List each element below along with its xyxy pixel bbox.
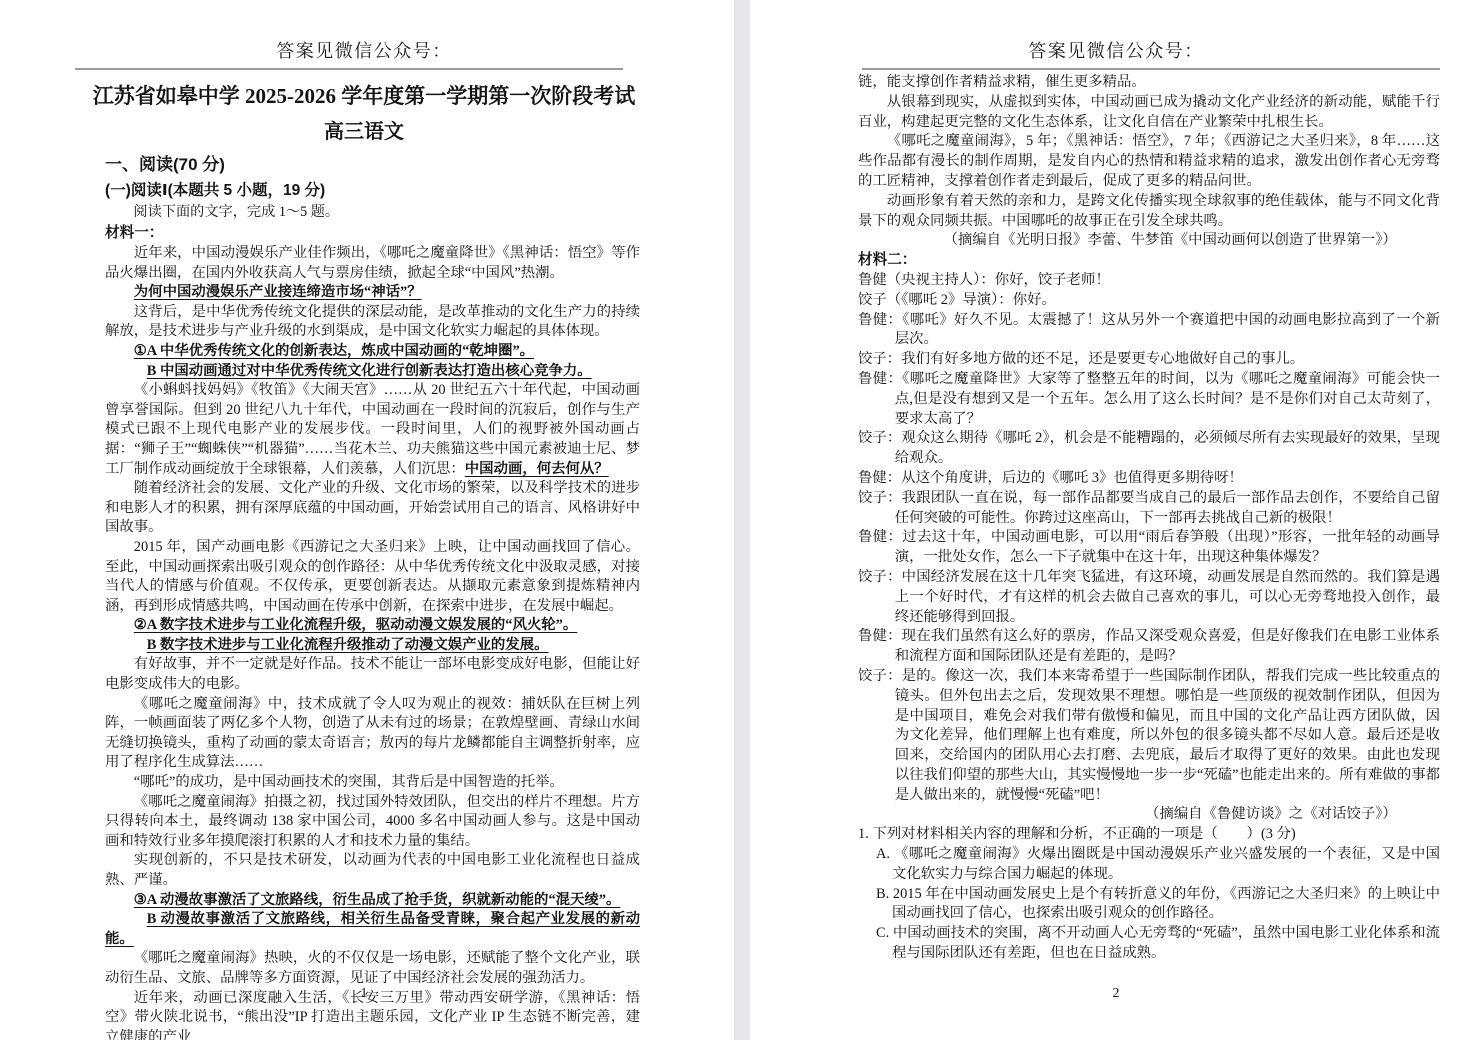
inline-underlined-question: 中国动画，何去何从？: [465, 461, 609, 477]
interpolated-option-a: ③A 动漫故事激活了文旅路线，衍生品成了抢手货，织就新动能的“混天绫”。: [105, 891, 640, 911]
source-attribution: （摘编自《光明日报》李蕾、牛梦笛《中国动画何以创造了世界第一》）: [858, 231, 1440, 251]
part-heading: (一)阅读Ⅰ(本题共 5 小题，19 分): [105, 179, 728, 202]
interpolated-question: 为何中国动漫娱乐产业接连缔造市场“神话”？: [105, 283, 640, 303]
paragraph: 《哪吒之魔童闹海》中，技术成就了令人叹为观止的视效：捕妖队在巨树上列阵，一帧画面…: [105, 695, 640, 773]
page-one: 答案见微信公众号： 江苏省如皋中学 2025-2026 学年度第一学期第一次阶段…: [0, 0, 728, 1040]
question-option-b: B. 2015 年在中国动画发展史上是个有转折意义的年份，《西游记之大圣归来》的…: [858, 885, 1440, 925]
dialogue-line: 鲁健：从这个角度讲，后边的《哪吒 3》也值得更多期待呀！: [858, 469, 1440, 489]
document-canvas: 答案见微信公众号： 江苏省如皋中学 2025-2026 学年度第一学期第一次阶段…: [0, 0, 1482, 1040]
paragraph: 《小蝌蚪找妈妈》《牧笛》《大闹天宫》……从 20 世纪五六十年代起，中国动画曾享…: [105, 381, 640, 479]
paragraph: 从银幕到现实，从虚拟到实体，中国动画已成为撬动文化产业经济的新动能，赋能千行百业…: [858, 93, 1440, 133]
answer-wechat-note: 答案见微信公众号：: [0, 37, 728, 63]
paragraph: 近年来，中国动漫娱乐产业佳作频出，《哪吒之魔童降世》《黑神话：悟空》等作品火爆出…: [105, 244, 640, 283]
material-one-label: 材料一：: [105, 223, 728, 244]
interpolated-option-b: B 动漫故事激活了文旅路线，相关衍生品备受青睐，聚合起产业发展的新动能。: [105, 910, 640, 949]
dialogue-line: 鲁健：《哪吒之魔童降世》大家等了整整五年的时间，以为《哪吒之魔童闹海》可能会快一…: [858, 370, 1440, 429]
paragraph: 链，能支撑创作者精益求精，催生更多精品。: [858, 73, 1440, 93]
header-rule: [862, 68, 1440, 70]
page-divider: [734, 0, 751, 1040]
header-rule: [75, 68, 623, 70]
page-two: 答案见微信公众号： 链，能支撑创作者精益求精，催生更多精品。 从银幕到现实，从虚…: [750, 0, 1482, 1040]
dialogue-line: 鲁健：现在我们虽然有这么好的票房，作品又深受观众喜爱，但是好像我们在电影工业体系…: [858, 627, 1440, 667]
dialogue-line: 饺子（《哪吒 2》导演）：你好。: [858, 291, 1440, 311]
answer-wechat-note: 答案见微信公众号：: [750, 37, 1482, 63]
interpolated-option-b: B 中国动画通过对中华优秀传统文化进行创新表达打造出核心竞争力。: [105, 362, 640, 382]
paragraph: 这背后，是中华优秀传统文化提供的深层动能，是改革推动的文化生产力的持续解放，是技…: [105, 303, 640, 342]
interpolated-option-b: B 数字技术进步与工业化流程升级推动了动漫文娱产业的发展。: [105, 636, 640, 656]
page-two-body: 链，能支撑创作者精益求精，催生更多精品。 从银幕到现实，从虚拟到实体，中国动画已…: [858, 73, 1440, 964]
paragraph: 《哪吒之魔童闹海》热映，火的不仅仅是一场电影，还赋能了整个文化产业，联动衍生品、…: [105, 949, 640, 988]
exam-subject: 高三语文: [0, 117, 728, 147]
interpolated-option-a: ②A 数字技术进步与工业化流程升级，驱动动漫文娱发展的“风火轮”。: [105, 616, 640, 636]
paragraph: 2015 年，国产动画电影《西游记之大圣归来》上映，让中国动画找回了信心。至此，…: [105, 538, 640, 616]
paragraph: 《哪吒之魔童闹海》，5 年；《黑神话：悟空》，7 年；《西游记之大圣归来》，8 …: [858, 132, 1440, 191]
source-attribution: （摘编自《鲁健访谈》之《对话饺子》）: [858, 805, 1440, 825]
paragraph: 动画形象有着天然的亲和力，是跨文化传播实现全球叙事的绝佳载体，能与不同文化背景下…: [858, 192, 1440, 232]
material-two-label: 材料二：: [858, 251, 1440, 271]
paragraph: 有好故事，并不一定就是好作品。技术不能让一部坏电影变成好电影，但能让好电影变成伟…: [105, 655, 640, 694]
paragraph: 随着经济社会的发展、文化产业的升级、文化市场的繁荣，以及科学技术的进步和电影人才…: [105, 479, 640, 538]
question-option-a: A. 《哪吒之魔童闹海》火爆出圈既是中国动漫娱乐产业兴盛发展的一个表征，又是中国…: [858, 845, 1440, 885]
dialogue-line: 鲁健：《哪吒》好久不见。太震撼了！这从另外一个赛道把中国的动画电影拉高到了一个新…: [858, 311, 1440, 351]
page-number: 1: [0, 986, 728, 1002]
paragraph: “哪吒”的成功，是中国动画技术的突围，其背后是中国智造的托举。: [105, 773, 640, 793]
section-heading: 一、阅读(70 分): [105, 153, 728, 177]
reading-instruction: 阅读下面的文字，完成 1～5 题。: [105, 202, 640, 223]
paragraph: 实现创新的，不只是技术研发，以动画为代表的中国电影工业化流程也日益成熟、严谨。: [105, 851, 640, 890]
dialogue-line: 饺子：我跟团队一直在说，每一部作品都要当成自己的最后一部作品去创作，不要给自己留…: [858, 489, 1440, 529]
question-stem: 1. 下列对材料相关内容的理解和分析，不正确的一项是（ ）(3 分): [858, 825, 1440, 845]
dialogue-line: 鲁健：过去这十年，中国动画电影，可以用“雨后春笋般（出现）”形容，一批年轻的动画…: [858, 528, 1440, 568]
dialogue-line: 饺子：是的。像这一次，我们本来寄希望于一些国际制作团队，帮我们完成一些比较重点的…: [858, 667, 1440, 806]
dialogue-line: 鲁健（央视主持人）：你好，饺子老师！: [858, 271, 1440, 291]
dialogue-line: 饺子：我们有好多地方做的还不足，还是要更专心地做好自己的事儿。: [858, 350, 1440, 370]
question-option-c: C. 中国动画技术的突围，离不开动画人心无旁骛的“死磕”，虽然中国电影工业化体系…: [858, 924, 1440, 964]
exam-title: 江苏省如皋中学 2025-2026 学年度第一学期第一次阶段考试: [0, 81, 728, 111]
dialogue-line: 饺子：中国经济发展在这十几年突飞猛进，有这环境，动画发展是自然而然的。我们算是遇…: [858, 568, 1440, 627]
dialogue-line: 饺子：观众这么期待《哪吒 2》，机会是不能糟蹋的，必须倾尽所有去实现最好的效果，…: [858, 429, 1440, 469]
paragraph: 《哪吒之魔童闹海》拍摄之初，找过国外特效团队，但交出的样片不理想。片方只得转向本…: [105, 793, 640, 852]
page-number: 2: [750, 986, 1482, 1002]
material-one-body: 近年来，中国动漫娱乐产业佳作频出，《哪吒之魔童降世》《黑神话：悟空》等作品火爆出…: [105, 244, 640, 1040]
interpolated-option-a: ①A 中华优秀传统文化的创新表达，炼成中国动画的“乾坤圈”。: [105, 342, 640, 362]
